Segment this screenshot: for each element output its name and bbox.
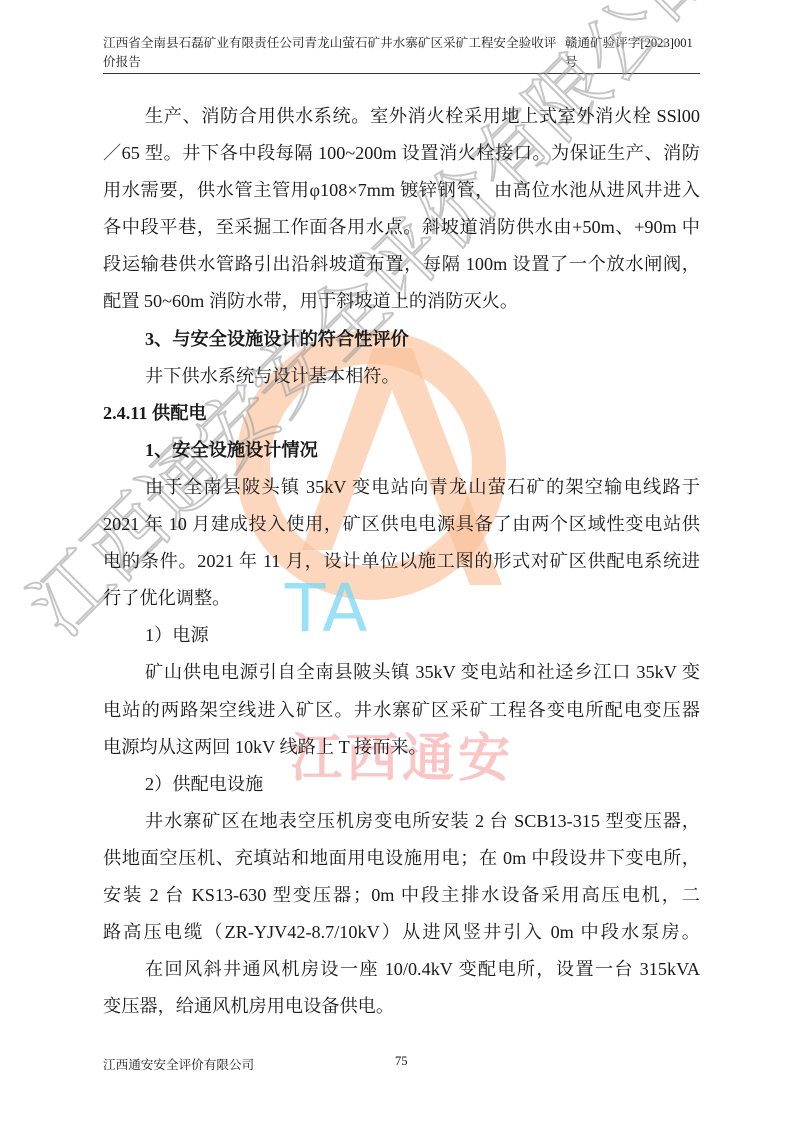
report-number: 赣通矿验评字[2023]001 号	[565, 32, 700, 70]
paragraph-line: 生产、消防合用供水系统。室外消火栓采用地上式室外消火栓 SSl00	[103, 98, 700, 135]
paragraph-line: 电站的两路架空线进入矿区。井水寨矿区采矿工程各变电所配电变压器	[103, 692, 700, 729]
item-heading: 2）供配电设施	[103, 766, 700, 803]
paragraph-line: 电的条件。2021 年 11 月，设计单位以施工图的形式对矿区供配电系统进	[103, 543, 700, 580]
paragraph-line: 矿山供电电源引自全南县陂头镇 35kV 变电站和社迳乡江口 35kV 变	[103, 654, 700, 691]
paragraph-line: 路高压电缆（ZR-YJV42-8.7/10kV）从进风竖井引入 0m 中段水泵房…	[103, 914, 700, 951]
paragraph-line: 供地面空压机、充填站和地面用电设施用电；在 0m 中段设井下变电所，	[103, 840, 700, 877]
paragraph-line: 井下供水系统与设计基本相符。	[103, 358, 700, 395]
section-heading: 2.4.11 供配电	[103, 395, 700, 432]
paragraph-line: 2021 年 10 月建成投入使用，矿区供电电源具备了由两个区域性变电站供	[103, 506, 700, 543]
paragraph-line: 各中段平巷，至采掘工作面各用水点。斜坡道消防供水由+50m、+90m 中	[103, 209, 700, 246]
paragraph-line: 行了优化调整。	[103, 580, 700, 617]
footer-company: 江西通安安全评价有限公司	[103, 1058, 254, 1072]
page-footer: 江西通安安全评价有限公司 75	[103, 1054, 700, 1073]
paragraph-line: 由于全南县陂头镇 35kV 变电站向青龙山萤石矿的架空输电线路于	[103, 469, 700, 506]
paragraph-line: 电源均从这两回 10kV 线路上 T 接而来。	[103, 729, 700, 766]
item-heading: 1）电源	[103, 617, 700, 654]
paragraph-line: 在回风斜井通风机房设一座 10/0.4kV 变配电所，设置一台 315kVA	[103, 951, 700, 988]
paragraph-line: 变压器，给通风机房用电设备供电。	[103, 988, 700, 1025]
paragraph-line: 井水寨矿区在地表空压机房变电所安装 2 台 SCB13-315 型变压器，	[103, 803, 700, 840]
paragraph-line: 配置 50~60m 消防水带，用于斜坡道上的消防灭火。	[103, 283, 700, 320]
paragraph-line: 用水需要，供水管主管用φ108×7mm 镀锌钢管，由高位水池从进风井进入	[103, 172, 700, 209]
subsection-heading: 1、安全设施设计情况	[103, 432, 700, 469]
document-body: 生产、消防合用供水系统。室外消火栓采用地上式室外消火栓 SSl00 ／65 型。…	[103, 98, 700, 1025]
subsection-heading: 3、与安全设施设计的符合性评价	[103, 321, 700, 358]
paragraph-line: 安装 2 台 KS13-630 型变压器；0m 中段主排水设备采用高压电机，二	[103, 877, 700, 914]
paragraph-line: ／65 型。井下各中段每隔 100~200m 设置消火栓接口。为保证生产、消防	[103, 135, 700, 172]
page-header: 江西省全南县石磊矿业有限责任公司青龙山萤石矿井水寨矿区采矿工程安全验收评价报告 …	[103, 52, 700, 74]
report-title: 江西省全南县石磊矿业有限责任公司青龙山萤石矿井水寨矿区采矿工程安全验收评价报告	[103, 32, 565, 70]
page-number: 75	[395, 1054, 408, 1069]
paragraph-line: 段运输巷供水管路引出沿斜坡道布置，每隔 100m 设置了一个放水闸阀，	[103, 246, 700, 283]
